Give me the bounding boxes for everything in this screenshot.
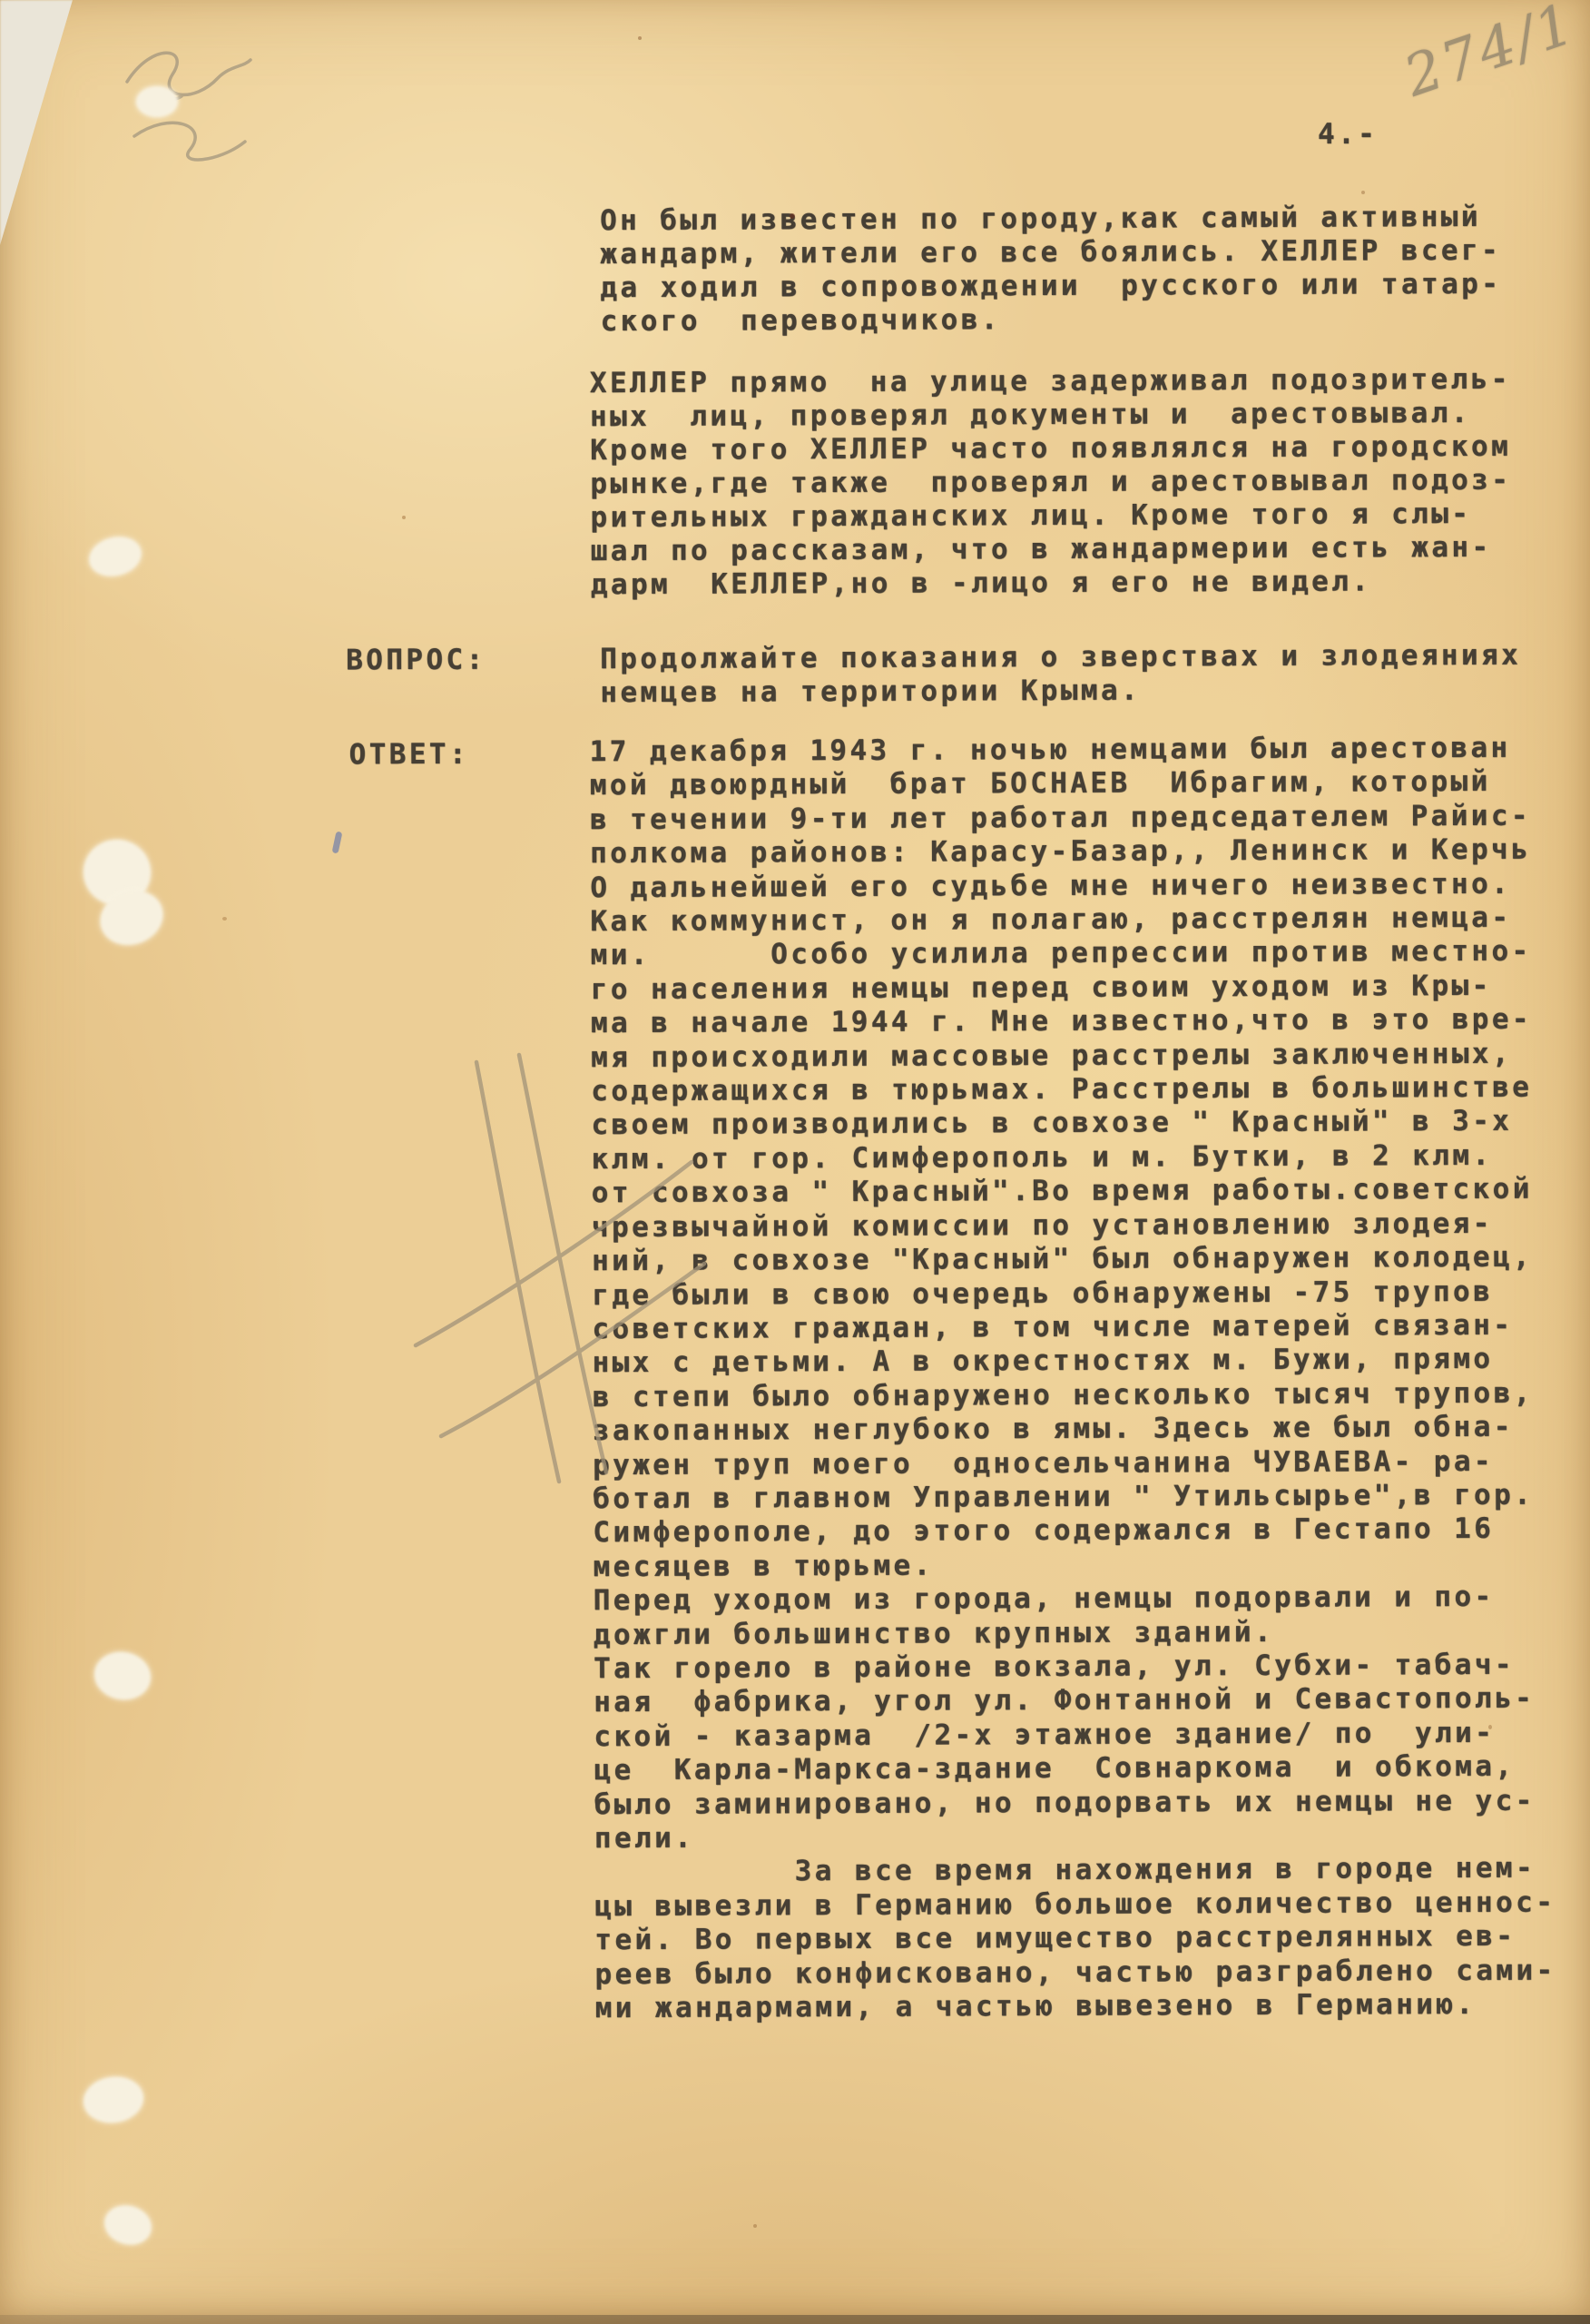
question-label: ВОПРОС: [346, 644, 486, 678]
typed-content: Он был известен по городу,как самый акти… [0, 0, 1590, 2324]
scanned-document: { "colors": { "paper": "#ecce96", "ink":… [0, 0, 1590, 2324]
pencil-scribble-mark [107, 25, 325, 207]
document-page: 274/1 4.- Он был известен по городу,как … [0, 0, 1590, 2324]
answer-label: ОТВЕТ: [349, 738, 470, 773]
paragraph-heller-arrests: ХЕЛЛЕР прямо на улице задерживал подозри… [590, 362, 1580, 602]
answer-text: 17 декабря 1943 г. ночью немцами был аре… [590, 731, 1590, 2025]
paper-damage-spot [136, 86, 178, 117]
question-text: Продолжайте показания о зверствах и злод… [600, 638, 1589, 710]
pencil-cross-mark [390, 1044, 726, 1507]
paragraph-gendarme-reputation: Он был известен по городу,как самый акти… [600, 200, 1563, 339]
